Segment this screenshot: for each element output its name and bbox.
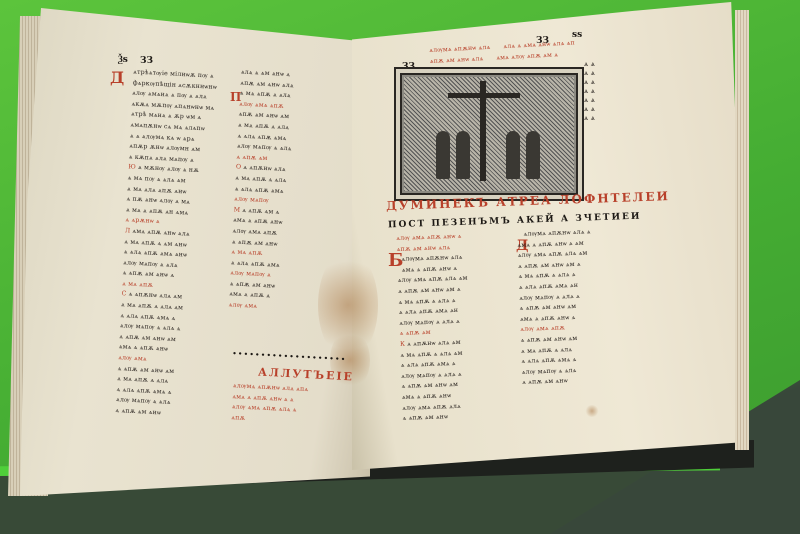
crossbar-shape (448, 93, 520, 98)
right-text-column-2: ѧлѹмѧ ѧпѫнѡ ѧлѧ ѧѧмѧ ѧ ѧпѫ ѧнѡ ѧ ѧмѧлѹ ѧ… (517, 226, 633, 410)
right-text-column-1: ѧлѹ ѧмѧ ѧпѫ ѧнѡ ѧѧпѫ ѧм ѧнѡ ѧлѧ ѧлѹмѧ ѧп… (396, 230, 514, 454)
right-vertical-text: ѧ ѧ ѧ ѧ ѧ ѧ ѧ ѧ ѧ ѧ ѧ ѧ ѧ ѧ (584, 60, 600, 200)
left-text-column-1: ѧтрѣѧтѹіе мілнѡѫ пѹ ѧфѧркѹпѣщін ѧсѫкннѡн… (115, 67, 239, 432)
figure-shape (506, 131, 520, 179)
crucifixion-woodcut-illustration (394, 67, 584, 201)
right-page-edges (735, 10, 749, 450)
figure-shape (526, 131, 540, 179)
left-page-mark: Ѯѕ (118, 54, 128, 65)
left-page-number: ЗЗ (140, 56, 153, 66)
drop-capital: Д (110, 68, 124, 87)
figure-shape (436, 131, 450, 179)
left-bottom-red-text: ѧлѹмѧ ѧпѫнѡ ѧлѧ ѧпѧѧмѧ ѧ ѧпѫ ѧнѡ ѧ ѧѧлѹ … (231, 381, 343, 431)
left-text-column-2: ѧлѧ ѧ ѧм ѧнѡ ѧѧпѫ ѧм ѧнѡ ѧлѧѧ мѧ ѧпѫ ѧ ѧ… (227, 68, 341, 343)
figure-shape (456, 131, 470, 179)
